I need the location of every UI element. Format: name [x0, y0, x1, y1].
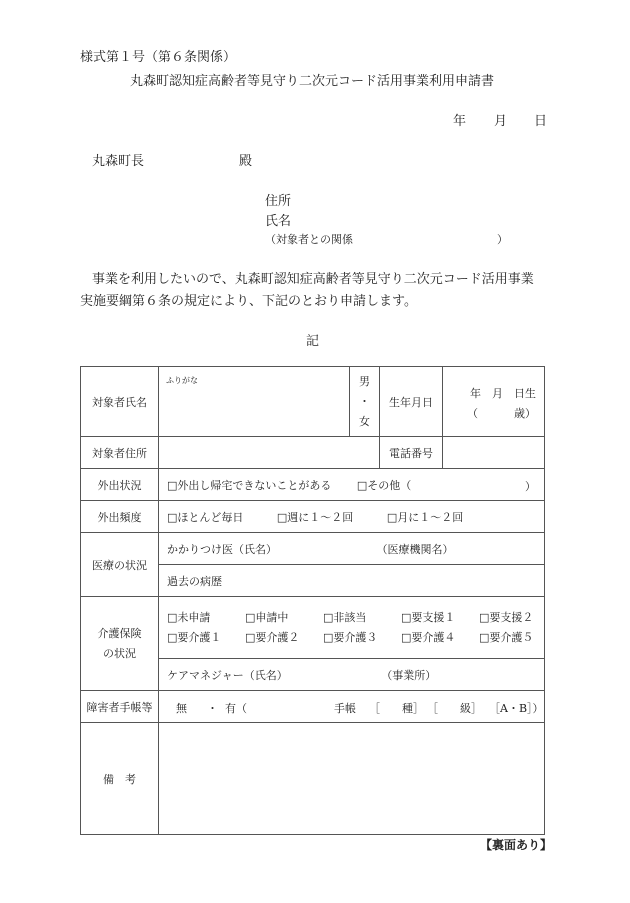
office-label: （事業所） [381, 669, 436, 682]
addressee-name: 丸森町長 [92, 150, 144, 169]
disability-none[interactable]: 無 [176, 700, 187, 716]
gender-male[interactable]: 男 [350, 372, 379, 392]
care-level-row1: □未申請□申請中□非該当□要支援１□要支援２ [167, 608, 544, 628]
gender-female[interactable]: 女 [350, 412, 379, 432]
outing-frequency-opt1[interactable]: □ほとんど毎日 [167, 511, 243, 524]
disability-label: 障害者手帳等 [81, 691, 159, 723]
outing-frequency-label: 外出頻度 [81, 501, 159, 533]
remarks-field[interactable] [159, 723, 545, 835]
phone-field[interactable] [443, 437, 545, 469]
outing-status-close: ） [525, 478, 536, 494]
applicant-relation-close: ） [497, 231, 508, 247]
care-opt-kaigo5[interactable]: □要介護５ [479, 628, 533, 648]
gender-field[interactable]: 男 ・ 女 [350, 367, 380, 437]
institution-label: （医療機関名） [377, 543, 454, 556]
disability-has[interactable]: 有（ [225, 700, 247, 716]
medical-history-field[interactable]: 過去の病歴 [159, 565, 545, 597]
remarks-label: 備 考 [81, 723, 159, 835]
subject-address-field[interactable] [159, 437, 380, 469]
back-side-note: 【裏面あり】 [480, 836, 552, 853]
outing-frequency-opt3[interactable]: □月に１～２回 [387, 511, 463, 524]
care-level-field: □未申請□申請中□非該当□要支援１□要支援２ □要介護１□要介護２□要介護３□要… [159, 597, 545, 659]
medical-doctor-field[interactable]: かかりつけ医（氏名） （医療機関名） [159, 533, 545, 565]
care-opt-kaigo1[interactable]: □要介護１ [167, 628, 245, 648]
care-opt-shien1[interactable]: □要支援１ [401, 608, 479, 628]
care-opt-kaigo3[interactable]: □要介護３ [323, 628, 401, 648]
techo-label: 手帳 [334, 700, 356, 716]
care-level-row2: □要介護１□要介護２□要介護３□要介護４□要介護５ [167, 628, 544, 648]
care-insurance-label: 介護保険 の状況 [81, 597, 159, 691]
birth-date-value: 年 月 日生 [470, 385, 536, 401]
date-month: 月 [494, 110, 507, 129]
age-close: 歳） [514, 405, 536, 421]
disability-dot: ・ [207, 700, 218, 716]
techo-kyu: ［ 級］ [427, 700, 482, 716]
doctor-label: かかりつけ医（氏名） [167, 543, 277, 556]
document-title: 丸森町認知症高齢者等見守り二次元コード活用事業利用申請書 [130, 70, 494, 89]
subject-name-label: 対象者氏名 [81, 367, 159, 437]
body-text-line2: 実施要綱第６条の規定により、下記のとおり申請します。 [80, 290, 417, 309]
date-day: 日 [534, 110, 547, 129]
techo-ab: ［A・B］） [489, 700, 544, 716]
phone-label: 電話番号 [380, 437, 443, 469]
outing-status-label: 外出状況 [81, 469, 159, 501]
gender-dot: ・ [350, 392, 379, 412]
medical-label: 医療の状況 [81, 533, 159, 597]
history-label: 過去の病歴 [167, 575, 222, 588]
care-manager-label: ケアマネジャー（氏名） [167, 669, 288, 682]
applicant-name-label: 氏名 [265, 210, 291, 229]
care-opt-shinseichu[interactable]: □申請中 [245, 608, 323, 628]
subject-name-field[interactable]: ふりがな [159, 367, 350, 437]
care-insurance-label-line1: 介護保険 [81, 624, 158, 644]
applicant-relation-label: （対象者との関係 [265, 231, 353, 247]
outing-status-opt1[interactable]: □外出し帰宅できないことがある [167, 479, 331, 492]
ki-heading: 記 [306, 330, 319, 349]
furigana-label: ふりがな [166, 375, 198, 386]
birth-date-field[interactable]: 年 月 日生 （ 歳） [443, 367, 545, 437]
applicant-address-label: 住所 [265, 190, 291, 209]
outing-frequency-opt2[interactable]: □週に１～２回 [277, 511, 353, 524]
care-opt-mishinsei[interactable]: □未申請 [167, 608, 245, 628]
body-text-line1: 事業を利用したいので、丸森町認知症高齢者等見守り二次元コード活用事業 [92, 268, 534, 287]
outing-status-field: □外出し帰宅できないことがある □その他（ ） [159, 469, 545, 501]
application-table: 対象者氏名 ふりがな 男 ・ 女 生年月日 年 月 日生 （ 歳） 対象者住所 … [80, 366, 545, 835]
care-opt-kaigo2[interactable]: □要介護２ [245, 628, 323, 648]
disability-field: 無 ・ 有（ 手帳 ［ 種］ ［ 級］ ［A・B］） [159, 691, 545, 723]
date-year: 年 [453, 110, 466, 129]
addressee-honorific: 殿 [239, 150, 252, 169]
age-open: （ [467, 405, 478, 421]
care-opt-kaigo4[interactable]: □要介護４ [401, 628, 479, 648]
subject-address-label: 対象者住所 [81, 437, 159, 469]
outing-frequency-field: □ほとんど毎日 □週に１～２回 □月に１～２回 [159, 501, 545, 533]
techo-shu: ［ 種］ [369, 700, 424, 716]
care-insurance-label-line2: の状況 [81, 644, 158, 664]
care-opt-shien2[interactable]: □要支援２ [479, 608, 533, 628]
birth-date-label: 生年月日 [380, 367, 443, 437]
form-number: 様式第１号（第６条関係） [80, 46, 236, 65]
care-manager-field[interactable]: ケアマネジャー（氏名） （事業所） [159, 659, 545, 691]
outing-status-opt2[interactable]: □その他（ [357, 479, 411, 492]
care-opt-higaito[interactable]: □非該当 [323, 608, 401, 628]
